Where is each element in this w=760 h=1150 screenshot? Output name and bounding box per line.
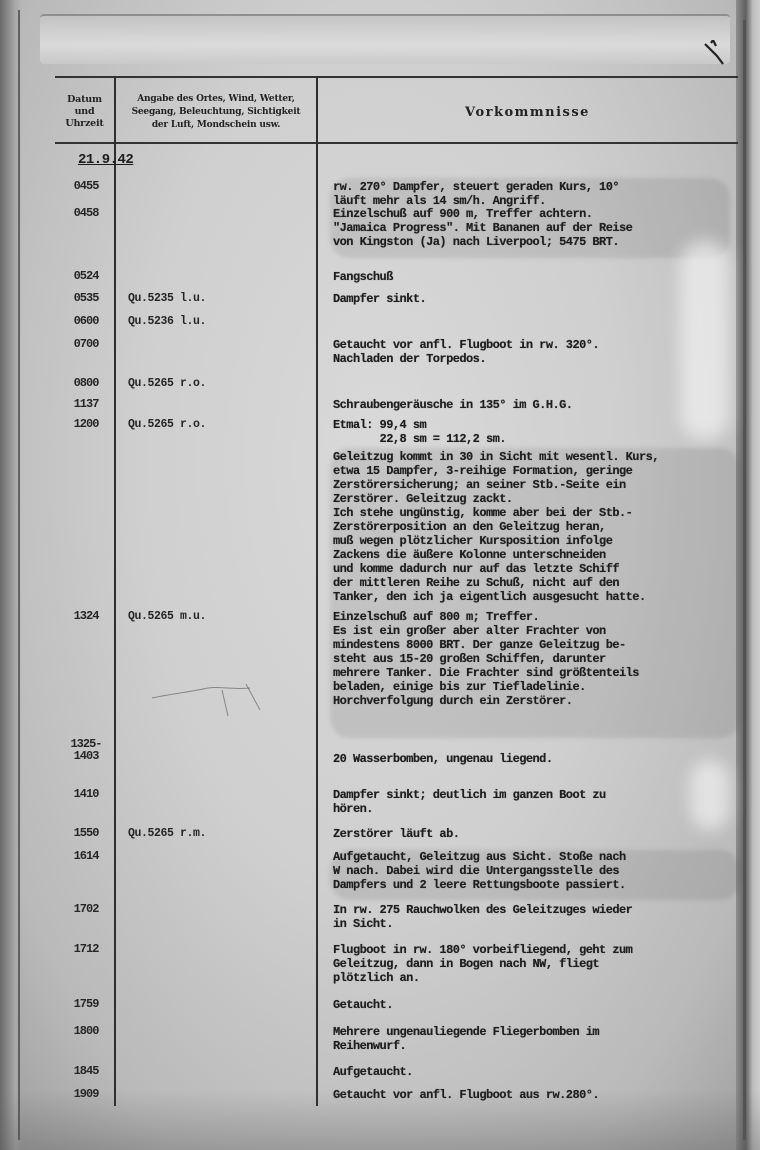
header-label: Angabe des Ortes, Wind, Wetter, Seegang,… — [132, 93, 301, 132]
entry-text: Dampfer sinkt; deutlich im ganzen Boot z… — [333, 788, 743, 816]
corner-tick-mark-icon — [703, 40, 727, 66]
entry-text: Getaucht. — [333, 998, 743, 1012]
entry-text: 20 Wasserbomben, ungenau liegend. — [333, 752, 743, 766]
entry-text: Dampfer sinkt. — [333, 292, 743, 306]
entry-time: 1200 — [60, 418, 112, 430]
entry-text: rw. 270° Dampfer, steuert geraden Kurs, … — [333, 180, 743, 208]
entry-position: Qu.5265 r.o. — [128, 377, 206, 390]
entry-time: 0800 — [60, 377, 112, 389]
entry-text: Geleitzug kommt in 30 in Sicht mit wesen… — [333, 450, 743, 604]
entry-time: 1324 — [60, 610, 112, 622]
header-angabe-des-ortes: Angabe des Ortes, Wind, Wetter, Seegang,… — [117, 84, 315, 140]
page-bottom-shade — [0, 1090, 760, 1150]
entry-time: 1702 — [60, 903, 112, 915]
top-paper-fold — [40, 14, 730, 64]
entry-text: Mehrere ungenauliegende Fliegerbomben im… — [333, 1025, 743, 1053]
entry-text: Getaucht vor anfl. Flugboot in rw. 320°.… — [333, 338, 743, 366]
entry-time: 0455 — [60, 180, 112, 192]
entry-position: Qu.5265 m.u. — [128, 610, 206, 623]
entry-position: Qu.5235 l.u. — [128, 292, 206, 305]
table-top-rule — [55, 76, 738, 78]
entry-time: 1845 — [60, 1065, 112, 1077]
entry-time: 1800 — [60, 1025, 112, 1037]
entry-text: Einzelschuß auf 800 m; Treffer. Es ist e… — [333, 610, 743, 708]
entry-text: Schraubengeräusche in 135° im G.H.G. — [333, 398, 743, 412]
header-datum-uhrzeit: Datum und Uhrzeit — [55, 84, 114, 140]
entry-text: Aufgetaucht, Geleitzug aus Sicht. Stoße … — [333, 850, 743, 892]
page-right-margin-line — [743, 20, 746, 1140]
entry-time: 0524 — [60, 270, 112, 282]
entry-time: 1614 — [60, 850, 112, 862]
column-divider-1 — [114, 76, 116, 1106]
entry-time: 0458 — [60, 207, 112, 219]
entry-text: Einzelschuß auf 900 m, Treffer achtern. … — [333, 207, 743, 249]
header-bottom-rule — [55, 142, 738, 144]
pencil-mark-icon — [150, 680, 270, 720]
column-divider-2 — [316, 76, 318, 1106]
header-vorkommnisse: Vorkommnisse — [317, 84, 738, 140]
entry-position: Qu.5265 r.m. — [128, 827, 206, 840]
header-label: Datum und Uhrzeit — [65, 94, 103, 130]
entry-position: Qu.5236 l.u. — [128, 315, 206, 328]
entry-time: 1759 — [60, 998, 112, 1010]
entry-text: Fangschuß — [333, 270, 743, 284]
entry-text: Zerstörer läuft ab. — [333, 827, 743, 841]
entry-time: 0700 — [60, 338, 112, 350]
log-date: 21.9.42 — [78, 152, 133, 168]
entry-text: In rw. 275 Rauchwolken des Geleitzuges w… — [333, 903, 743, 931]
entry-time: 1137 — [60, 398, 112, 410]
header-label: Vorkommnisse — [465, 105, 590, 120]
entry-time: 1325- 1403 — [60, 738, 112, 762]
entry-text: Flugboot in rw. 180° vorbeifliegend, geh… — [333, 943, 743, 985]
entry-time: 1550 — [60, 827, 112, 839]
entry-text: Etmal: 99,4 sm 22,8 sm = 112,2 sm. — [333, 418, 743, 446]
entry-time: 1410 — [60, 788, 112, 800]
entry-text: Aufgetaucht. — [333, 1065, 743, 1079]
entry-time: 0535 — [60, 292, 112, 304]
entry-time: 0600 — [60, 315, 112, 327]
page-left-margin-line — [18, 10, 20, 1140]
entry-time: 1712 — [60, 943, 112, 955]
entry-position: Qu.5265 r.o. — [128, 418, 206, 431]
